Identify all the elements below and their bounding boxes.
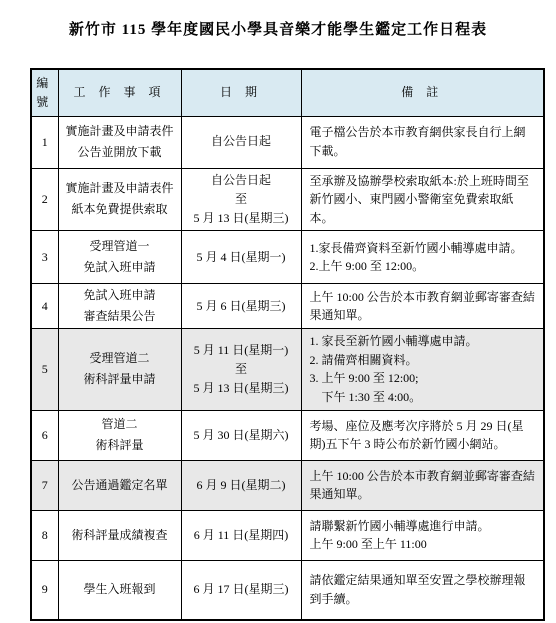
remark-cell: 上午 10:00 公告於本市教育網並郵寄審查結果通知單。 [301,284,544,329]
table-header-row: 編 號 工 作 事 項 日 期 備 註 [31,69,544,116]
date-cell: 6 月 11 日(星期四) [181,510,301,560]
row-number-cell: 8 [31,510,58,560]
remark-cell: 至承辦及協辦學校索取紙本:於上班時間至新竹國小、東門國小警衛室免費索取紙本。 [301,168,544,231]
task-cell: 管道二 術科評量 [58,410,181,460]
remark-cell: 1.家長備齊資料至新竹國小輔導處申請。 2.上午 9:00 至 12:00。 [301,231,544,284]
row-number-cell: 7 [31,460,58,510]
date-cell: 6 月 17 日(星期三) [181,560,301,620]
date-cell: 5 月 11 日(星期一) 至 5 月 13 日(星期三) [181,329,301,410]
remark-cell: 請聯繫新竹國小輔導處進行申請。 上午 9:00 至上午 11:00 [301,510,544,560]
row-number-cell: 1 [31,116,58,168]
row-number-cell: 6 [31,410,58,460]
table-row: 2 實施計畫及申請表件 紙本免費提供索取 自公告日起 至 5 月 13 日(星期… [31,168,544,231]
table-row: 4 免試入班申請 審查結果公告 5 月 6 日(星期三) 上午 10:00 公告… [31,284,544,329]
table-row: 9 學生入班報到 6 月 17 日(星期三) 請依鑑定結果通知單至安置之學校辦理… [31,560,544,620]
date-cell: 自公告日起 至 5 月 13 日(星期三) [181,168,301,231]
row-number-cell: 3 [31,231,58,284]
task-cell: 實施計畫及申請表件 紙本免費提供索取 [58,168,181,231]
date-cell: 5 月 4 日(星期一) [181,231,301,284]
task-cell: 術科評量成績複查 [58,510,181,560]
table-body: 1 實施計畫及申請表件 公告並開放下載 自公告日起 電子檔公告於本市教育網供家長… [31,116,544,620]
column-header-task: 工 作 事 項 [58,69,181,116]
task-cell: 學生入班報到 [58,560,181,620]
column-header-date: 日 期 [181,69,301,116]
task-cell: 免試入班申請 審查結果公告 [58,284,181,329]
row-number-cell: 5 [31,329,58,410]
schedule-table: 編 號 工 作 事 項 日 期 備 註 1 實施計畫及申請表件 公告並開放下載 … [30,68,545,621]
column-header-number: 編 號 [31,69,58,116]
remark-cell: 上午 10:00 公告於本市教育網並郵寄審查結果通知單。 [301,460,544,510]
date-cell: 5 月 30 日(星期六) [181,410,301,460]
remark-cell: 1. 家長至新竹國小輔導處申請。 2. 請備齊相關資料。 3. 上午 9:00 … [301,329,544,410]
row-number-cell: 4 [31,284,58,329]
task-cell: 公告通過鑑定名單 [58,460,181,510]
remark-cell: 電子檔公告於本市教育網供家長自行上網下載。 [301,116,544,168]
table-row: 1 實施計畫及申請表件 公告並開放下載 自公告日起 電子檔公告於本市教育網供家長… [31,116,544,168]
remark-cell: 考場、座位及應考次序將於 5 月 29 日(星期)五下午 3 時公布於新竹國小網… [301,410,544,460]
column-header-remark: 備 註 [301,69,544,116]
date-cell: 自公告日起 [181,116,301,168]
table-row: 7 公告通過鑑定名單 6 月 9 日(星期二) 上午 10:00 公告於本市教育… [31,460,544,510]
date-cell: 5 月 6 日(星期三) [181,284,301,329]
row-number-cell: 2 [31,168,58,231]
table-row: 6 管道二 術科評量 5 月 30 日(星期六) 考場、座位及應考次序將於 5 … [31,410,544,460]
document-page: 新竹市 115 學年度國民小學具音樂才能學生鑑定工作日程表 編 號 工 作 事 … [0,0,556,623]
task-cell: 實施計畫及申請表件 公告並開放下載 [58,116,181,168]
remark-cell: 請依鑑定結果通知單至安置之學校辦理報到手續。 [301,560,544,620]
page-title: 新竹市 115 學年度國民小學具音樂才能學生鑑定工作日程表 [0,18,556,39]
table-row: 5 受理管道二 術科評量申請 5 月 11 日(星期一) 至 5 月 13 日(… [31,329,544,410]
row-number-cell: 9 [31,560,58,620]
date-cell: 6 月 9 日(星期二) [181,460,301,510]
table-row: 3 受理管道一 免試入班申請 5 月 4 日(星期一) 1.家長備齊資料至新竹國… [31,231,544,284]
task-cell: 受理管道一 免試入班申請 [58,231,181,284]
task-cell: 受理管道二 術科評量申請 [58,329,181,410]
table-row: 8 術科評量成績複查 6 月 11 日(星期四) 請聯繫新竹國小輔導處進行申請。… [31,510,544,560]
